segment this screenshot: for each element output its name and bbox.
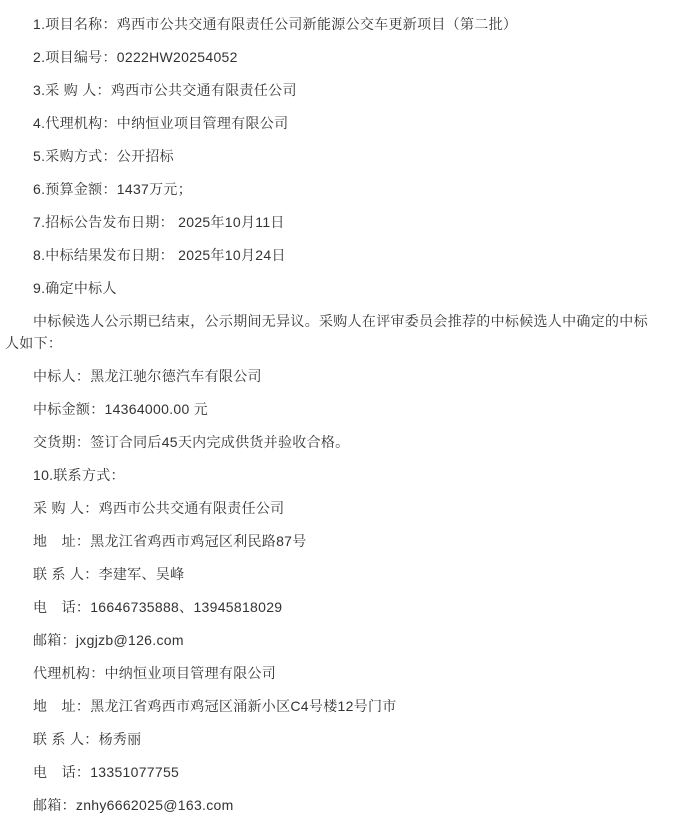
para-purchaser-email: 邮箱：jxgjzb@126.com: [5, 629, 655, 651]
para-project-name: 1.项目名称：鸡西市公共交通有限责任公司新能源公交车更新项目（第二批）: [5, 13, 655, 35]
para-procurement-method: 5.采购方式：公开招标: [5, 145, 655, 167]
para-section-contact: 10.联系方式：: [5, 464, 655, 486]
para-purchaser-phone: 电 话：16646735888、13945818029: [5, 596, 655, 618]
para-agency-contact: 联 系 人：杨秀丽: [5, 728, 655, 750]
para-purchaser-address: 地 址：黑龙江省鸡西市鸡冠区利民路87号: [5, 530, 655, 552]
para-agency-org: 代理机构：中纳恒业项目管理有限公司: [5, 662, 655, 684]
para-purchaser-contacts: 联 系 人：李建军、吴峰: [5, 563, 655, 585]
para-winner-determination-note: 中标候选人公示期已结束，公示期间无异议。采购人在评审委员会推荐的中标候选人中确定…: [5, 310, 655, 354]
para-delivery-period: 交货期：签订合同后45天内完成供货并验收合格。: [5, 431, 655, 453]
para-winner-amount: 中标金额：14364000.00 元: [5, 398, 655, 420]
para-agency-phone: 电 话：13351077755: [5, 761, 655, 783]
para-winner-name: 中标人：黑龙江驰尔德汽车有限公司: [5, 365, 655, 387]
para-tender-announcement-date: 7.招标公告发布日期： 2025年10月11日: [5, 211, 655, 233]
para-section-confirm-winner: 9.确定中标人: [5, 277, 655, 299]
para-agency-address: 地 址：黑龙江省鸡西市鸡冠区涌新小区C4号楼12号门市: [5, 695, 655, 717]
para-agency: 4.代理机构：中纳恒业项目管理有限公司: [5, 112, 655, 134]
para-agency-email: 邮箱：znhy6662025@163.com: [5, 794, 655, 816]
para-award-result-date: 8.中标结果发布日期： 2025年10月24日: [5, 244, 655, 266]
para-purchaser-org: 采 购 人：鸡西市公共交通有限责任公司: [5, 497, 655, 519]
para-budget-amount: 6.预算金额：1437万元；: [5, 178, 655, 200]
para-purchaser: 3.采 购 人：鸡西市公共交通有限责任公司: [5, 79, 655, 101]
para-project-number: 2.项目编号：0222HW20254052: [5, 46, 655, 68]
announcement-document: 1.项目名称：鸡西市公共交通有限责任公司新能源公交车更新项目（第二批） 2.项目…: [0, 0, 700, 837]
